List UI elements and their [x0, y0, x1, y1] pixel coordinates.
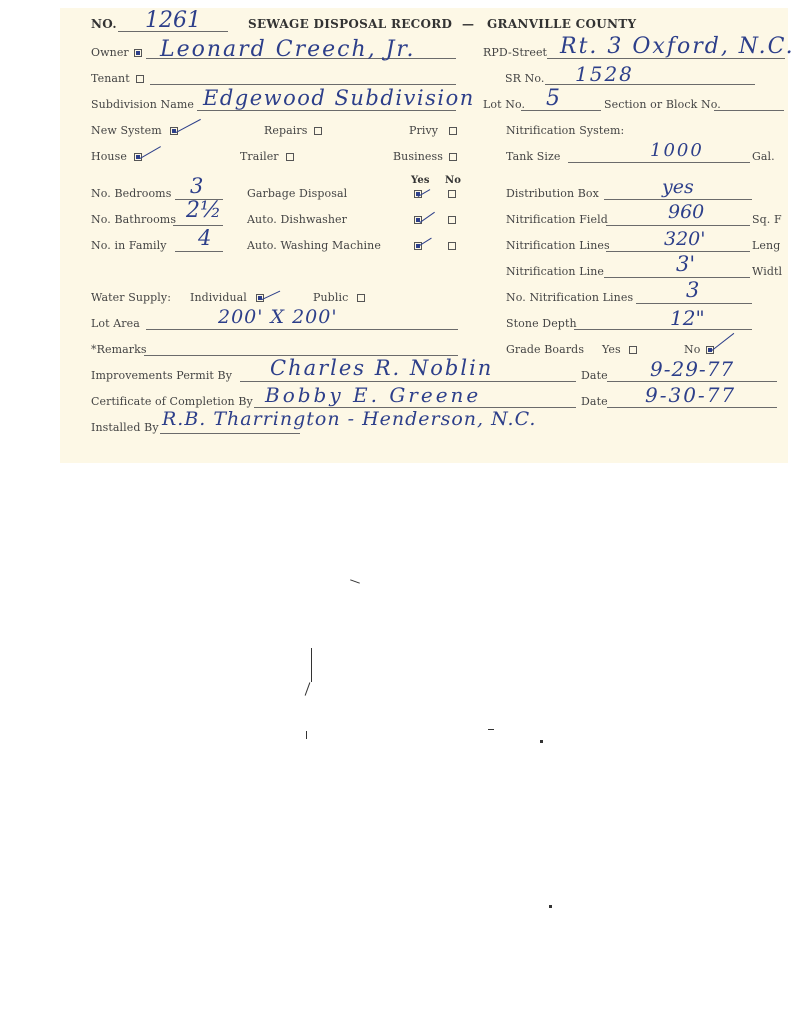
scan-artifact-mark — [350, 579, 360, 583]
scan-artifact-mark — [305, 682, 311, 695]
number-nitrification-lines-label: No. Nitrification Lines — [506, 291, 633, 304]
subdivision-line — [197, 110, 456, 111]
rpd-street-value[interactable]: Rt. 3 Oxford, N.C. — [560, 34, 791, 59]
lot-number-line — [521, 110, 601, 111]
bedrooms-label: No. Bedrooms — [91, 187, 171, 200]
stone-depth-line — [574, 329, 752, 330]
section-block-line[interactable] — [714, 110, 784, 111]
completion-date-line — [607, 407, 777, 408]
stone-depth-value[interactable]: 12" — [670, 306, 705, 330]
dishwasher-no-checkbox[interactable] — [448, 216, 456, 224]
title-dash: — — [462, 17, 474, 31]
washing-machine-label: Auto. Washing Machine — [247, 239, 381, 252]
owner-value[interactable]: Leonard Creech, Jr. — [160, 37, 416, 62]
tank-size-line — [568, 162, 750, 163]
grade-boards-yes-label: Yes — [602, 343, 621, 356]
repairs-label: Repairs — [264, 124, 308, 137]
distribution-box-value[interactable]: yes — [662, 176, 694, 198]
tenant-line[interactable] — [150, 84, 456, 85]
water-public-label: Public — [313, 291, 348, 304]
nitrification-field-label: Nitrification Field — [506, 213, 608, 226]
garbage-disposal-no-checkbox[interactable] — [448, 190, 456, 198]
installed-by-label: Installed By — [91, 421, 159, 434]
appliance-yes-header: Yes — [411, 175, 430, 186]
scan-artifact-mark — [306, 731, 307, 739]
permit-date-label: Date — [581, 369, 608, 382]
permit-date-line — [607, 381, 777, 382]
lot-area-line — [146, 329, 458, 330]
bedrooms-value[interactable]: 3 — [190, 174, 203, 198]
business-label: Business — [393, 150, 443, 163]
distribution-box-label: Distribution Box — [506, 187, 599, 200]
family-size-label: No. in Family — [91, 239, 167, 252]
permit-by-value[interactable]: Charles R. Noblin — [270, 356, 493, 380]
sr-number-value[interactable]: 1528 — [575, 62, 634, 86]
lot-number-value[interactable]: 5 — [546, 86, 560, 111]
form-title: SEWAGE DISPOSAL RECORD — [248, 17, 452, 31]
house-label: House — [91, 150, 127, 163]
family-size-value[interactable]: 4 — [198, 226, 211, 250]
scan-artifact-mark — [488, 729, 494, 730]
nitrification-system-label: Nitrification System: — [506, 124, 624, 137]
nitrification-lines-value[interactable]: 320' — [664, 228, 706, 250]
tank-size-value[interactable]: 1000 — [650, 140, 704, 161]
washing-machine-no-checkbox[interactable] — [448, 242, 456, 250]
completion-by-value[interactable]: Bobby E. Greene — [265, 383, 481, 407]
remarks-label: *Remarks — [91, 343, 147, 356]
grade-boards-no-label: No — [684, 343, 700, 356]
nitrification-field-unit: Sq. F — [752, 213, 782, 226]
distribution-box-line — [604, 199, 752, 200]
permit-by-line — [240, 381, 576, 382]
bathrooms-label: No. Bathrooms — [91, 213, 176, 226]
trailer-label: Trailer — [240, 150, 279, 163]
repairs-checkbox[interactable] — [314, 127, 322, 135]
number-nitrification-lines-value[interactable]: 3 — [686, 278, 699, 302]
nitrification-line-width-unit: Widtl — [752, 265, 782, 278]
lot-number-label: Lot No. — [483, 98, 525, 111]
nitrification-line-width-value[interactable]: 3' — [676, 252, 695, 276]
permit-date-value[interactable]: 9-29-77 — [650, 357, 734, 381]
nitrification-lines-unit: Leng — [752, 239, 780, 252]
lot-area-label: Lot Area — [91, 317, 140, 330]
nitrification-line-width-label: Nitrification Line — [506, 265, 604, 278]
subdivision-label: Subdivision Name — [91, 98, 194, 111]
completion-by-label: Certificate of Completion By — [91, 395, 253, 408]
installed-by-value[interactable]: R.B. Tharrington - Henderson, N.C. — [162, 408, 536, 430]
water-individual-label: Individual — [190, 291, 247, 304]
scan-artifact-mark — [540, 740, 543, 743]
owner-checkbox[interactable] — [134, 49, 142, 57]
dishwasher-label: Auto. Dishwasher — [247, 213, 347, 226]
scan-artifact-mark — [311, 648, 312, 682]
scan-artifact-mark — [549, 905, 552, 908]
rpd-street-label: RPD-Street — [483, 46, 547, 59]
nitrification-line-width-line — [604, 277, 750, 278]
section-block-label: Section or Block No. — [604, 98, 721, 111]
tank-size-label: Tank Size — [506, 150, 561, 163]
record-number-value[interactable]: 1261 — [145, 8, 201, 33]
nitrification-field-value[interactable]: 960 — [668, 201, 704, 223]
nitrification-field-line — [606, 225, 750, 226]
permit-by-label: Improvements Permit By — [91, 369, 232, 382]
completion-date-value[interactable]: 9-30-77 — [645, 383, 736, 407]
water-supply-label: Water Supply: — [91, 291, 171, 304]
business-checkbox[interactable] — [449, 153, 457, 161]
sr-number-label: SR No. — [505, 72, 544, 85]
subdivision-value[interactable]: Edgewood Subdivision — [203, 86, 475, 110]
tenant-checkbox[interactable] — [136, 75, 144, 83]
garbage-disposal-label: Garbage Disposal — [247, 187, 347, 200]
owner-label: Owner — [91, 46, 129, 59]
appliance-no-header: No — [445, 175, 461, 186]
privy-label: Privy — [409, 124, 438, 137]
tenant-label: Tenant — [91, 72, 130, 85]
water-public-checkbox[interactable] — [357, 294, 365, 302]
grade-boards-label: Grade Boards — [506, 343, 584, 356]
privy-checkbox[interactable] — [449, 127, 457, 135]
county-name: GRANVILLE COUNTY — [487, 17, 636, 31]
number-nitrification-lines-line — [636, 303, 752, 304]
bathrooms-value[interactable]: 2½ — [186, 198, 221, 223]
new-system-label: New System — [91, 124, 162, 137]
stone-depth-label: Stone Depth — [506, 317, 577, 330]
grade-boards-yes-checkbox[interactable] — [629, 346, 637, 354]
record-number-label: NO. — [91, 17, 117, 31]
nitrification-lines-label: Nitrification Lines — [506, 239, 610, 252]
family-size-line — [175, 251, 223, 252]
trailer-checkbox[interactable] — [286, 153, 294, 161]
completion-date-label: Date — [581, 395, 608, 408]
tank-size-unit: Gal. — [752, 150, 775, 163]
lot-area-value[interactable]: 200' X 200' — [218, 306, 338, 328]
installed-by-line — [160, 433, 300, 434]
